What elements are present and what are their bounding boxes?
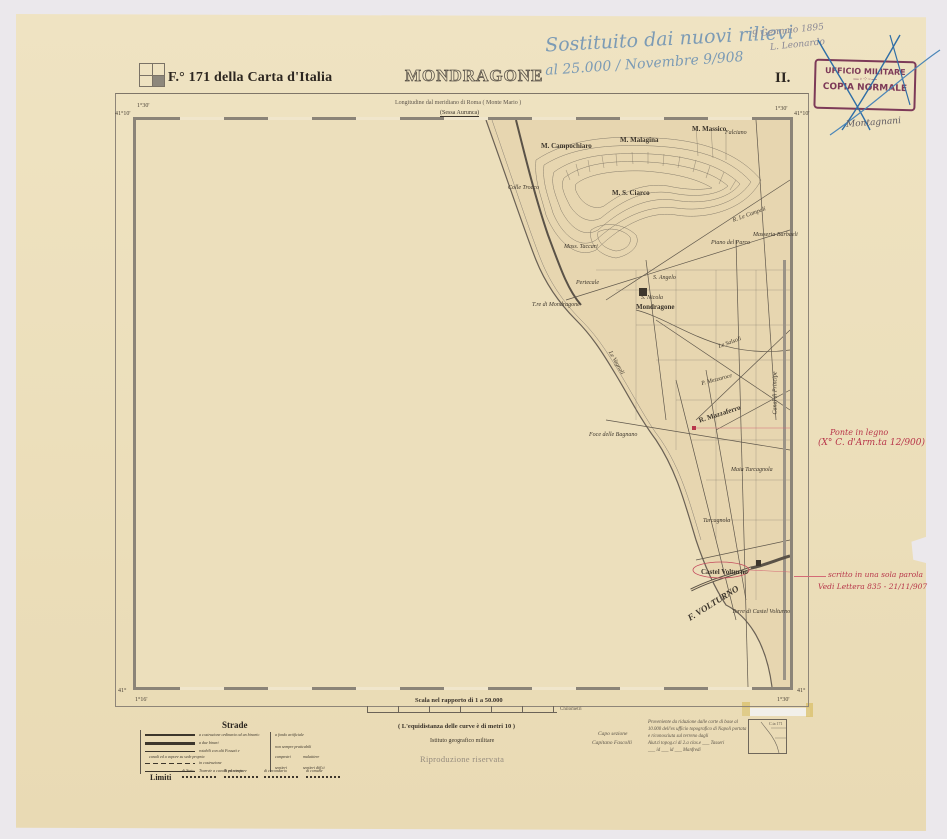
- legend-limit-item: di comune: [306, 768, 342, 778]
- captain-label: Capitano Fascolli: [592, 740, 632, 746]
- scale-unit: Chilometri: [560, 707, 582, 712]
- legend-item: a costruzione ordinaria od un binario: [199, 732, 259, 737]
- legend-roads-secondary: a fondo artificiale non sempre praticabi…: [270, 732, 331, 772]
- red-note-wooden-bridge: Ponte in legno: [830, 428, 888, 437]
- place-label: Pertecale: [576, 280, 599, 286]
- map-area[interactable]: M. Massico Falciano M. Malagina M. Campo…: [133, 117, 793, 690]
- place-label: S. Angelo: [653, 275, 676, 281]
- contour-interval-note: ( L'equidistanza delle curve è di metri …: [398, 723, 515, 730]
- map-drawing: [136, 120, 790, 687]
- legend-item: mulattiere: [303, 754, 319, 759]
- red-note-letter-ref: Vedi Lettera 835 - 21/11/907: [818, 582, 927, 591]
- red-leader-line: [794, 576, 826, 577]
- map-title: MONDRAGONE: [405, 66, 543, 86]
- legend-item: non sempre praticabili: [275, 744, 311, 749]
- legend-limits-title: Limiti: [150, 773, 171, 782]
- scale-title: Scala nel rapporto di 1 a 50.000: [415, 697, 503, 704]
- coord-top-left-lat: 41°10': [115, 111, 130, 117]
- place-label: Piano del Parco: [711, 240, 750, 246]
- place-label-canal: Canal di Principe: [773, 372, 779, 415]
- legend-item: in costruzione: [199, 760, 222, 765]
- legend-item: campestri: [275, 754, 291, 759]
- legend-limit-item: di Stato: [182, 768, 218, 778]
- coord-bottom-left-lat: 41°: [118, 688, 126, 694]
- institute-label: Istituto geografico militare: [430, 738, 494, 744]
- reproduction-reserved: Riproduzione riservata: [420, 754, 504, 764]
- legend-limit-item: di circondario: [264, 768, 300, 778]
- place-label: M. Massico: [692, 125, 726, 133]
- legend-roads-title: Strade: [222, 720, 248, 730]
- place-label: Torre di Castel Volturno: [732, 609, 790, 615]
- place-label: Colle Trocco: [508, 185, 539, 191]
- legend-item: canali ed a vapore su sede propria: [149, 754, 204, 759]
- adjacent-sheet-label: (Sessa Aurunca): [440, 110, 479, 117]
- place-label: S. Nicola: [641, 295, 663, 301]
- quadrant-label: II.: [775, 70, 790, 87]
- place-label-mondragone: Mondragone: [636, 303, 675, 311]
- place-label: Falciano: [725, 130, 747, 136]
- place-label: Masseria Barbaeli: [753, 232, 798, 238]
- longitude-note: Longitudine dal meridiano di Roma ( Mont…: [395, 100, 521, 106]
- coord-top-left-lon: 1°30': [137, 103, 149, 109]
- place-label: M. Malagina: [620, 136, 659, 144]
- sheet-index-grid-icon: [139, 63, 165, 87]
- tape-strip: [742, 708, 810, 716]
- place-label-castel-volturno: Castel Volturno: [701, 568, 748, 576]
- place-label: Foce delle Bagnano: [589, 432, 637, 438]
- survey-note: Proveniente da riduzione dalle carte di …: [648, 719, 748, 754]
- legend-item: rotabili con alti Fossati e: [199, 748, 240, 753]
- place-label: Tarcagnola: [703, 518, 730, 524]
- scale-bar: [367, 712, 557, 713]
- place-label: T.re di Mondragone: [532, 302, 580, 308]
- coord-bottom-right-lat: 41°: [797, 688, 805, 694]
- place-label: Mass. Taccari: [564, 244, 598, 250]
- red-note-one-word: scritto in una sola parola: [828, 570, 923, 579]
- legend-item: a due binari: [199, 740, 219, 745]
- coord-top-right-lon: 1°30': [775, 106, 787, 112]
- red-note-army-corps: (X° C. d'Arm.ta 12/900): [818, 438, 925, 448]
- coord-bottom-right-lon: 1°30': [777, 697, 789, 703]
- place-label: Maia Turcagnola: [731, 467, 773, 473]
- place-label: M. Campochiaro: [541, 142, 592, 150]
- chief-label: Capo sezione: [598, 731, 628, 737]
- place-label: M. S. Ciarco: [612, 189, 650, 197]
- sheet-number-label: F.° 171 della Carta d'Italia: [168, 70, 332, 86]
- legend-limit-item: di provincia: [224, 768, 260, 778]
- locator-minimap: C.ta 171: [748, 719, 787, 754]
- coord-bottom-left-lon: 1°16': [135, 697, 147, 703]
- legend-item: a fondo artificiale: [275, 732, 304, 737]
